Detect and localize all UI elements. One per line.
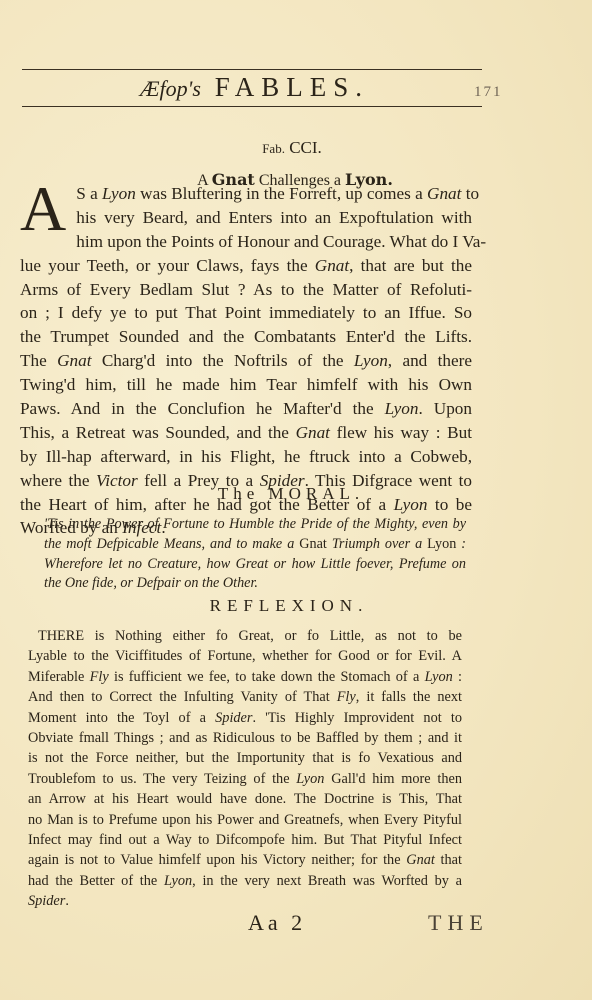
reflexion-text: THERE is Nothing either fo Great, or fo … [28, 626, 462, 911]
moral-heading: The MORAL. [0, 484, 592, 504]
text-line: The Gnat Charg'd into the Noftrils of th… [20, 349, 472, 373]
text-segment: : [456, 536, 466, 552]
text-segment: Lyon [385, 399, 419, 418]
text-segment: that [435, 852, 462, 868]
text-segment: Lyon [354, 351, 388, 370]
text-segment: Gnat [296, 423, 330, 442]
text-line: again is not to Value himfelf upon his V… [28, 850, 462, 870]
text-segment: Arms of Every Bedlam Slut ? As to the Ma… [20, 280, 472, 299]
running-head-title-italic: Æfop's [140, 76, 201, 101]
text-segment: , and there [388, 351, 472, 370]
text-line: him upon the Points of Honour and Courag… [20, 230, 472, 254]
text-segment: Fly [337, 689, 356, 705]
text-segment: : [453, 669, 462, 685]
catchword: THE [428, 910, 489, 936]
text-segment: Lyon [427, 536, 456, 552]
text-segment: the moft Defpicable Means, and to make a [44, 536, 299, 552]
header-rule-bottom [22, 106, 482, 107]
text-line: 'Tis in the Power of Fortune to Humble t… [44, 515, 466, 535]
text-segment: Wherefore let no Creature, how Great or … [44, 556, 466, 572]
text-line: no Man is to Prefume upon his Power and … [28, 810, 462, 830]
text-segment: an Arrow at his Heart would have done. T… [28, 791, 462, 807]
reflexion-heading: REFLEXION. [0, 596, 592, 616]
text-segment: Lyon [296, 771, 324, 787]
text-line: Infect may find out a Way to Difcompofe … [28, 830, 462, 850]
running-head-title: Æfop's FABLES. [140, 72, 369, 103]
text-segment: no Man is to Prefume upon his Power and … [28, 812, 462, 828]
moral-text: 'Tis in the Power of Fortune to Humble t… [44, 515, 466, 594]
text-line: had the Better of the Lyon, in the very … [28, 871, 462, 891]
text-line: the Trumpet Sounded and the Combatants E… [20, 325, 472, 349]
text-segment: THERE is Nothing either fo Great, or fo … [38, 628, 462, 644]
signature-mark: Aa 2 [248, 910, 306, 936]
text-line: S a Lyon was Bluftering in the Forreft, … [20, 182, 472, 206]
text-segment: Moment into the Toyl of a [28, 710, 215, 726]
text-segment: by Ill-hap afterward, in his Flight, he … [20, 447, 472, 466]
text-segment: Spider [28, 893, 65, 909]
text-segment: Paws. And in the Conclufion he Mafter'd … [20, 399, 385, 418]
text-segment: his very Beard, and Enters into an Expof… [76, 208, 472, 227]
text-segment: Twing'd him, till he made him Tear himfe… [20, 375, 472, 394]
text-line: This, a Retreat was Sounded, and the Gna… [20, 421, 472, 445]
text-line: THERE is Nothing either fo Great, or fo … [28, 626, 462, 646]
text-line: Miferable Fly is fufficient we fee, to t… [28, 667, 462, 687]
text-segment: Spider [215, 710, 252, 726]
text-segment: Obviate fmall Things ; and as Ridiculous… [28, 730, 462, 746]
text-segment: Gnat [299, 536, 327, 552]
text-segment: the One fide, or Defpair on the Other. [44, 575, 258, 591]
text-line: an Arrow at his Heart would have done. T… [28, 789, 462, 809]
text-segment: Troublefom to us. The very Teizing of th… [28, 771, 296, 787]
text-line: Moment into the Toyl of a Spider. 'Tis H… [28, 708, 462, 728]
text-segment: lue your Teeth, or your Claws, fays the [20, 256, 315, 275]
text-line: the moft Defpicable Means, and to make a… [44, 535, 466, 555]
text-segment: was Bluftering in the Forreft, up comes … [136, 184, 427, 203]
text-segment: , in the very next Breath was Worfted by… [192, 873, 462, 889]
fable-number-value: CCI. [289, 138, 322, 157]
text-line: Spider. [28, 891, 462, 911]
text-segment: Gnat [427, 184, 461, 203]
text-segment: . Upon [419, 399, 473, 418]
text-segment: The [20, 351, 57, 370]
text-line: Paws. And in the Conclufion he Mafter'd … [20, 397, 472, 421]
text-segment: . 'Tis Highly Improvident not to [252, 710, 462, 726]
page-number: 171 [474, 84, 503, 101]
text-segment: And then to Correct the Infulting Vanity… [28, 689, 337, 705]
text-segment: Triumph over a [327, 536, 427, 552]
fable-number-prefix: Fab. [262, 141, 285, 156]
text-segment: is fufficient we fee, to take down the S… [109, 669, 425, 685]
text-segment: had the Better of the [28, 873, 164, 889]
text-segment: Lyable to the Viciffitudes of Fortune, w… [28, 648, 462, 664]
text-line: Lyable to the Viciffitudes of Fortune, w… [28, 646, 462, 666]
running-head-title-caps: FABLES. [215, 72, 369, 102]
drop-cap: A [20, 184, 66, 236]
text-line: Troublefom to us. The very Teizing of th… [28, 769, 462, 789]
text-segment: him upon the Points of Honour and Courag… [76, 232, 486, 251]
text-segment: S a [76, 184, 102, 203]
text-segment: Lyon [164, 873, 192, 889]
text-line: is not the Force neither, but the Import… [28, 748, 462, 768]
text-segment: This, a Retreat was Sounded, and the [20, 423, 296, 442]
text-segment: on ; I defy ye to put That Point immedia… [20, 303, 472, 322]
header-rule-top [22, 69, 482, 70]
text-line: by Ill-hap afterward, in his Flight, he … [20, 445, 472, 469]
text-segment: Infect may find out a Way to Difcompofe … [28, 832, 462, 848]
fable-number: Fab. CCI. [0, 138, 592, 158]
text-segment: Charg'd into the Noftrils of the [91, 351, 353, 370]
text-segment: Gall'd him more then [324, 771, 462, 787]
text-line: lue your Teeth, or your Claws, fays the … [20, 254, 472, 278]
text-segment: Fly [90, 669, 109, 685]
text-segment: flew his way : But [330, 423, 472, 442]
text-segment: . [65, 893, 69, 909]
text-segment: Gnat [406, 852, 435, 868]
text-line: the One fide, or Defpair on the Other. [44, 574, 466, 594]
running-head: Æfop's FABLES. 171 [0, 72, 592, 104]
text-line: And then to Correct the Infulting Vanity… [28, 687, 462, 707]
text-segment: Gnat [315, 256, 349, 275]
text-segment: 'Tis in the Power of Fortune to Humble t… [44, 516, 466, 532]
text-line: on ; I defy ye to put That Point immedia… [20, 301, 472, 325]
text-line: Wherefore let no Creature, how Great or … [44, 555, 466, 575]
book-page: Æfop's FABLES. 171 Fab. CCI. A Gnat Chal… [0, 0, 592, 1000]
text-segment: is not the Force neither, but the Import… [28, 750, 462, 766]
text-segment: Lyon [102, 184, 136, 203]
text-line: Twing'd him, till he made him Tear himfe… [20, 373, 472, 397]
text-segment: Miferable [28, 669, 90, 685]
text-segment: Lyon [425, 669, 453, 685]
text-segment: , that are but the [349, 256, 472, 275]
text-segment: , it falls the next [356, 689, 462, 705]
text-line: Obviate fmall Things ; and as Ridiculous… [28, 728, 462, 748]
text-segment: Gnat [57, 351, 91, 370]
text-line: Arms of Every Bedlam Slut ? As to the Ma… [20, 278, 472, 302]
text-segment: to [461, 184, 479, 203]
text-line: his very Beard, and Enters into an Expof… [20, 206, 472, 230]
text-segment: again is not to Value himfelf upon his V… [28, 852, 406, 868]
text-segment: the Trumpet Sounded and the Combatants E… [20, 327, 472, 346]
